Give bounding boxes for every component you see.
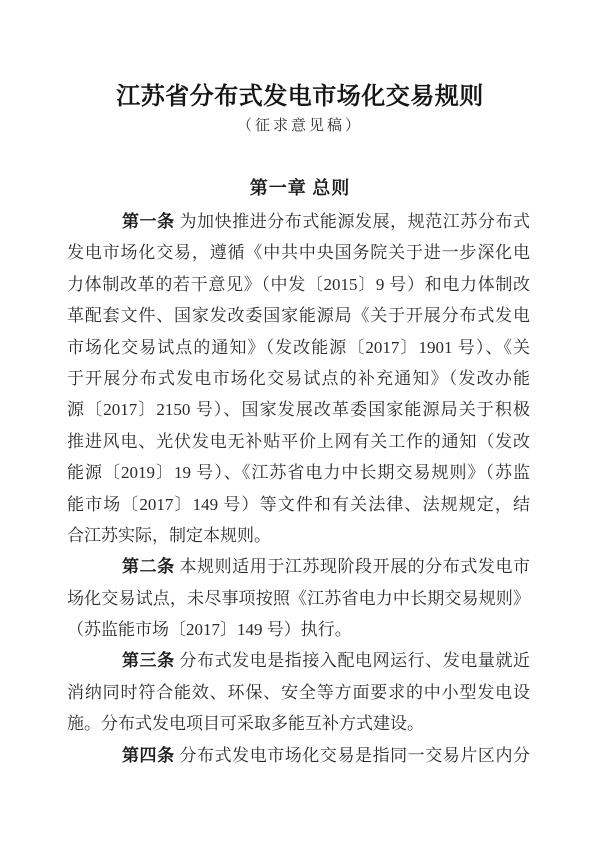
text-line: 第一条 为加快推进分布式能源发展，规范江苏分布式 [67, 206, 530, 237]
text-line: 发电市场化交易，遵循《中共中央国务院关于进一步深化电 [67, 237, 530, 268]
chapter-heading: 第一章 总则 [0, 174, 600, 200]
text-line: 于开展分布式发电市场化交易试点的补充通知》（发改办能 [67, 363, 530, 394]
text-line: 合江苏实际，制定本规则。 [67, 520, 530, 551]
text-line: 施。分布式发电项目可采取多能互补方式建设。 [67, 708, 530, 739]
article-number: 第二条 [122, 557, 175, 576]
text-line: 能市场〔2017〕149 号）等文件和有关法律、法规规定，结 [67, 489, 530, 520]
text-line: 推进风电、光伏发电无补贴平价上网有关工作的通知（发改 [67, 426, 530, 457]
text-line: 场化交易试点，未尽事项按照《江苏省电力中长期交易规则》 [67, 583, 530, 614]
document-subtitle: （征求意见稿） [0, 114, 600, 135]
text-line: （苏监能市场〔2017〕149 号）执行。 [67, 614, 530, 645]
article-number: 第四条 [122, 746, 175, 765]
document-page: 江苏省分布式发电市场化交易规则 （征求意见稿） 第一章 总则 第一条 为加快推进… [0, 0, 600, 848]
text-line: 消纳同时符合能效、环保、安全等方面要求的中小型发电设 [67, 677, 530, 708]
article-number: 第一条 [122, 212, 175, 231]
text-line: 第四条 分布式发电市场化交易是指同一交易片区内分 [67, 740, 530, 771]
text-line: 市场化交易试点的通知》（发改能源〔2017〕1901 号）、《关 [67, 332, 530, 363]
text-line: 第三条 分布式发电是指接入配电网运行、发电量就近 [67, 645, 530, 676]
text-line: 第二条 本规则适用于江苏现阶段开展的分布式发电市 [67, 551, 530, 582]
text-line: 能源〔2019〕19 号）、《江苏省电力中长期交易规则》（苏监 [67, 457, 530, 488]
document-body: 第一条 为加快推进分布式能源发展，规范江苏分布式发电市场化交易，遵循《中共中央国… [67, 206, 530, 771]
text-line: 革配套文件、国家发改委国家能源局《关于开展分布式发电 [67, 300, 530, 331]
text-line: 源〔2017〕2150 号）、国家发展改革委国家能源局关于积极 [67, 394, 530, 425]
text-line: 力体制改革的若干意见》（中发〔2015〕9 号）和电力体制改 [67, 269, 530, 300]
article-number: 第三条 [122, 651, 175, 670]
document-title: 江苏省分布式发电市场化交易规则 [0, 76, 600, 111]
